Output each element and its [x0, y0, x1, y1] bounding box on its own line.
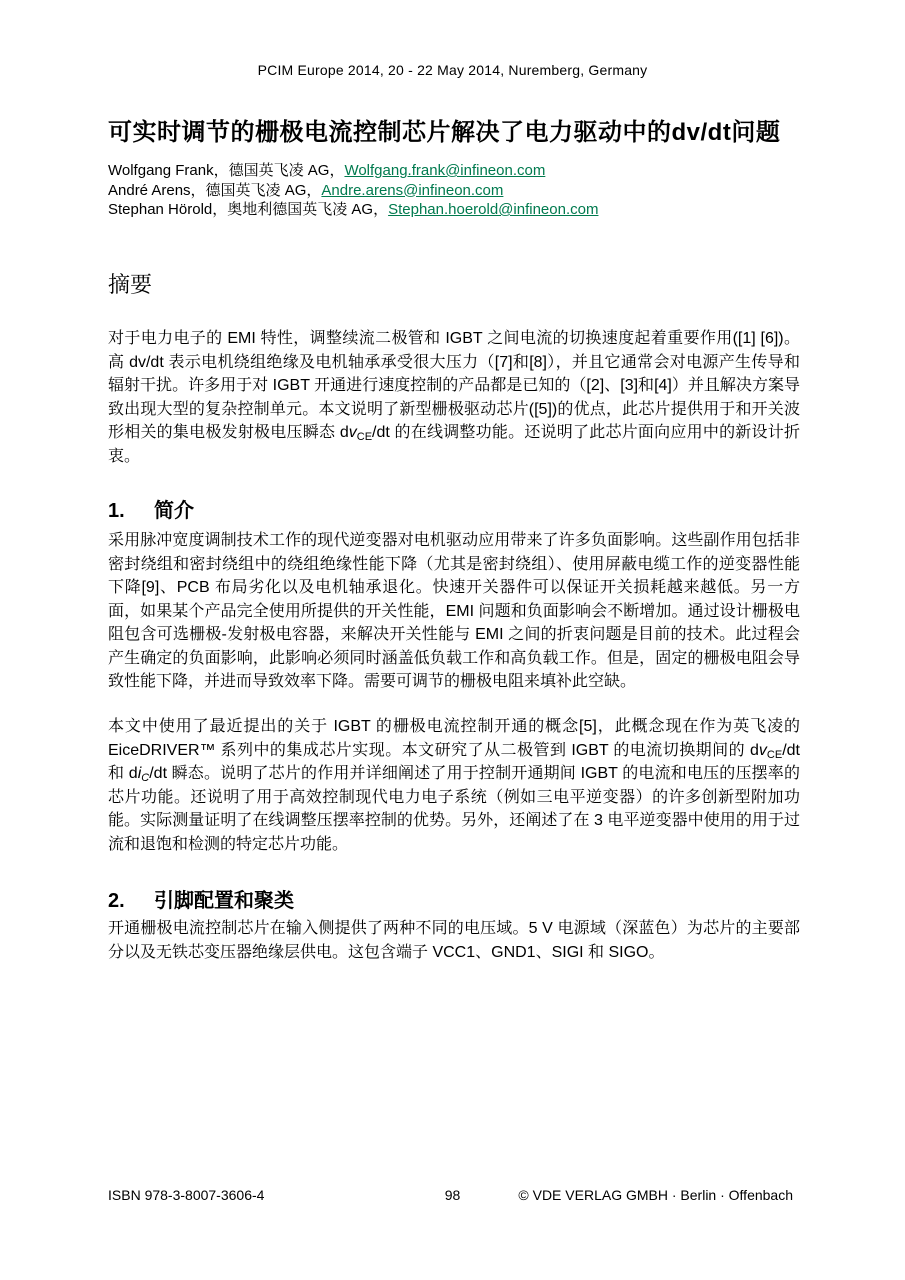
section-2-heading: 2.引脚配置和聚类 — [108, 884, 294, 913]
section-1-heading: 1.简介 — [108, 494, 194, 523]
paper-page: PCIM Europe 2014, 20 - 22 May 2014, Nure… — [0, 0, 905, 1280]
section-1-paragraph-1: 采用脉冲宽度调制技术工作的现代逆变器对电机驱动应用带来了许多负面影响。这些副作用… — [108, 529, 800, 694]
section-1-title: 简介 — [154, 500, 194, 522]
author-line: André Arens，德国英飞凌 AG，Andre.arens@infineo… — [108, 181, 800, 201]
conference-header: PCIM Europe 2014, 20 - 22 May 2014, Nure… — [0, 62, 905, 78]
author-block: Wolfgang Frank，德国英飞凌 AG，Wolfgang.frank@i… — [108, 161, 800, 220]
section-1-paragraph-2: 本文中使用了最近提出的关于 IGBT 的栅极电流控制开通的概念[5]，此概念现在… — [108, 715, 800, 856]
paper-title: 可实时调节的栅极电流控制芯片解决了电力驱动中的dv/dt问题 — [108, 112, 800, 147]
isbn-label: ISBN 978-3-8007-3606-4 — [108, 1187, 264, 1203]
formula-subscript: CE — [357, 431, 372, 443]
formula-variable: v — [349, 424, 357, 441]
section-1-number: 1. — [108, 500, 154, 523]
abstract-paragraph: 对于电力电子的 EMI 特性，调整续流二极管和 IGBT 之间电流的切换速度起着… — [108, 327, 800, 468]
formula-rest: /dt — [372, 424, 390, 441]
author-name-affiliation: Stephan Hörold，奥地利德国英飞凌 AG， — [108, 201, 388, 218]
author-line: Wolfgang Frank，德国英飞凌 AG，Wolfgang.frank@i… — [108, 161, 800, 181]
author-name-affiliation: André Arens，德国英飞凌 AG， — [108, 182, 321, 199]
section-2-number: 2. — [108, 890, 154, 913]
formula-subscript: CE — [767, 749, 782, 761]
paragraph-text: /dt 瞬态。说明了芯片的作用并详细阐述了用于控制开通期间 IGBT 的电流和电… — [108, 765, 800, 853]
author-email-link[interactable]: Stephan.hoerold@infineon.com — [388, 201, 598, 218]
author-line: Stephan Hörold，奥地利德国英飞凌 AG，Stephan.hoero… — [108, 200, 800, 220]
paragraph-text: 本文中使用了最近提出的关于 IGBT 的栅极电流控制开通的概念[5]，此概念现在… — [108, 718, 800, 759]
publisher-label: © VDE VERLAG GMBH · Berlin · Offenbach — [518, 1187, 793, 1203]
author-name-affiliation: Wolfgang Frank，德国英飞凌 AG， — [108, 162, 344, 179]
section-2-title: 引脚配置和聚类 — [154, 890, 294, 912]
abstract-heading: 摘要 — [108, 268, 152, 299]
author-email-link[interactable]: Andre.arens@infineon.com — [321, 182, 503, 199]
formula-variable: v — [759, 742, 767, 759]
page-footer: ISBN 978-3-8007-3606-4 98 © VDE VERLAG G… — [0, 1187, 905, 1203]
author-email-link[interactable]: Wolfgang.frank@infineon.com — [344, 162, 545, 179]
section-2-paragraph-1: 开通栅极电流控制芯片在输入侧提供了两种不同的电压域。5 V 电源域（深蓝色）为芯… — [108, 917, 800, 964]
